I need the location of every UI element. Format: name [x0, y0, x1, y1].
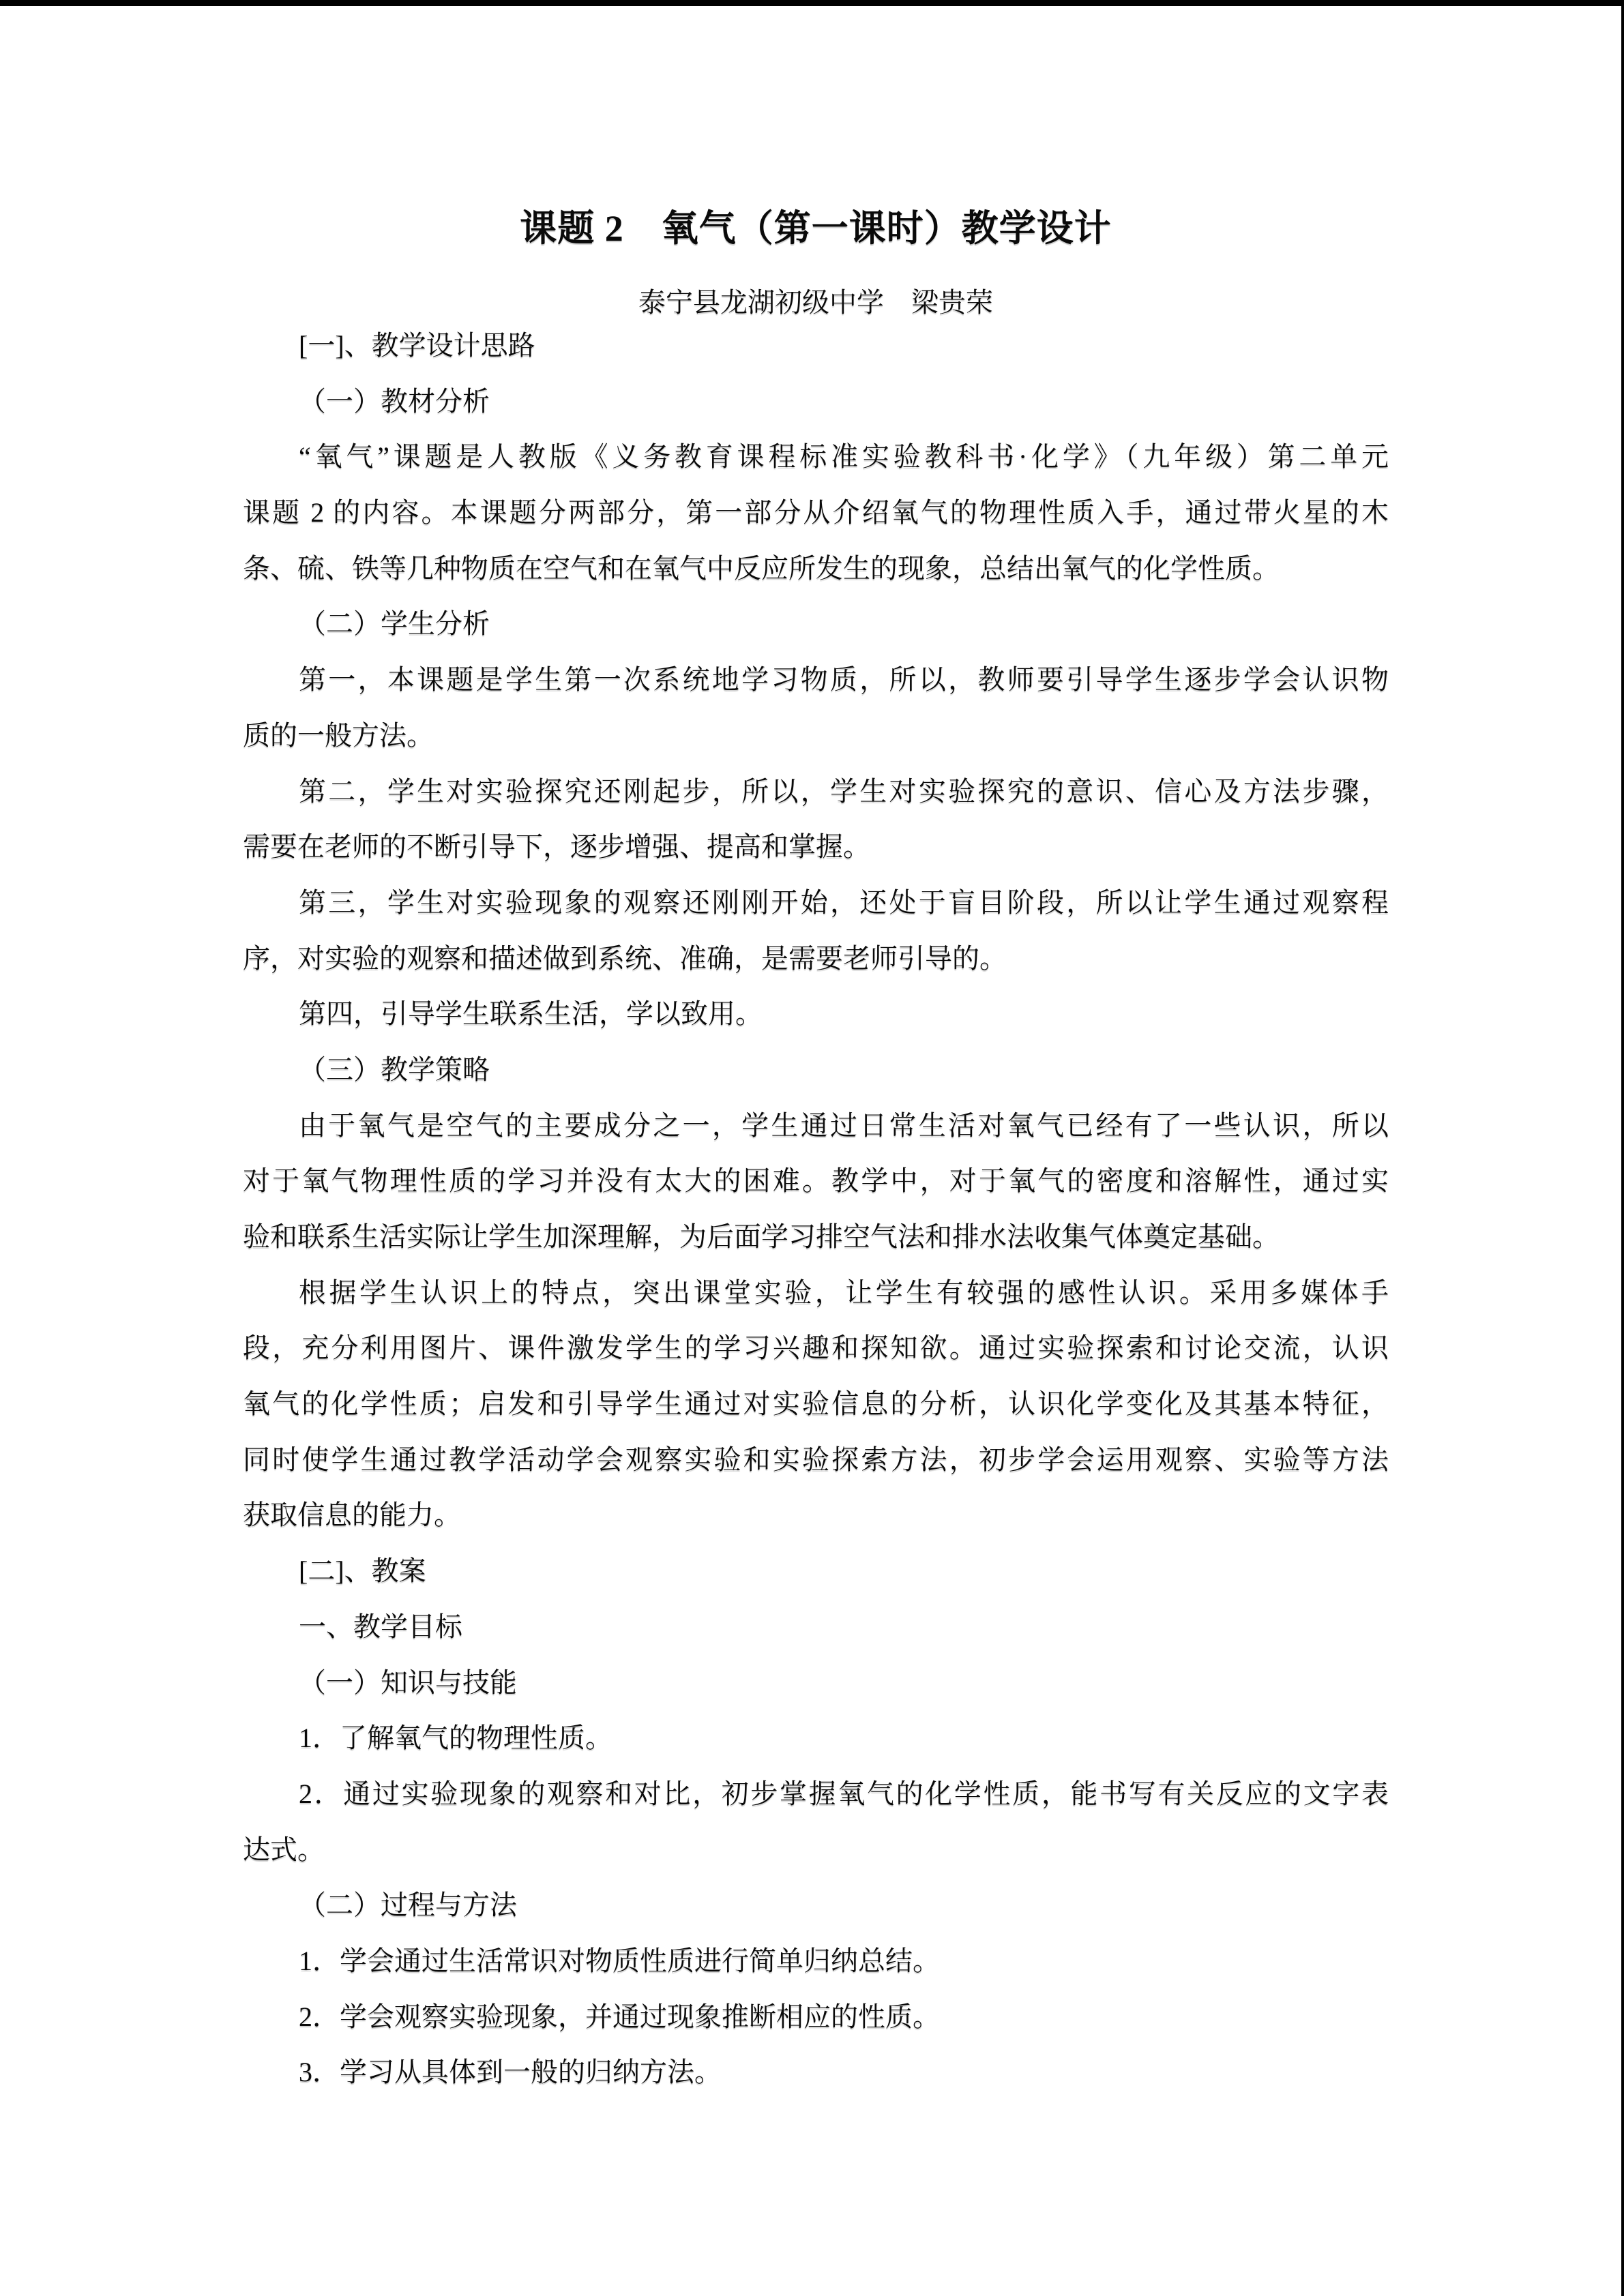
text-line: 第一，本课题是学生第一次系统地学习物质，所以，教师要引导学生逐步学会认识物	[243, 652, 1389, 708]
text-line: 第二，学生对实验探究还刚起步，所以，学生对实验探究的意识、信心及方法步骤，	[243, 764, 1389, 820]
list-item: 1．学会通过生活常识对物质性质进行简单归纳总结。	[243, 1933, 1389, 1989]
text-line: 第四，引导学生联系生活，学以致用。	[243, 986, 1389, 1042]
text-line: 由于氧气是空气的主要成分之一，学生通过日常生活对氧气已经有了一些认识，所以	[243, 1098, 1389, 1154]
section-heading: [一]、教学设计思路	[243, 318, 1389, 374]
text-line: 验和联系生活实际让学生加深理解，为后面学习排空气法和排水法收集气体奠定基础。	[243, 1209, 1389, 1265]
text-line: 质的一般方法。	[243, 708, 1389, 764]
sub-heading: （一）知识与技能	[243, 1655, 1389, 1711]
document-content: 课题 2 氧气（第一课时）教学设计 泰宁县龙湖初级中学 梁贵荣 [一]、教学设计…	[243, 0, 1389, 2296]
text-line: 根据学生认识上的特点，突出课堂实验，让学生有较强的感性认识。采用多媒体手	[243, 1265, 1389, 1321]
text-line: 对于氧气物理性质的学习并没有太大的困难。教学中，对于氧气的密度和溶解性，通过实	[243, 1153, 1389, 1209]
section-heading: [二]、教案	[243, 1543, 1389, 1599]
page-right-border	[1621, 0, 1624, 2296]
text-line: 获取信息的能力。	[243, 1487, 1389, 1543]
list-item: 1．了解氧气的物理性质。	[243, 1710, 1389, 1766]
text-line: 条、硫、铁等几种物质在空气和在氧气中反应所发生的现象，总结出氧气的化学性质。	[243, 541, 1389, 597]
text-line: 同时使学生通过教学活动学会观察实验和实验探索方法，初步学会运用观察、实验等方法	[243, 1432, 1389, 1488]
text-line: 需要在老师的不断引导下，逐步增强、提高和掌握。	[243, 819, 1389, 875]
list-item: 2．通过实验现象的观察和对比，初步掌握氧气的化学性质，能书写有关反应的文字表	[243, 1766, 1389, 1822]
sub-heading: （二）过程与方法	[243, 1877, 1389, 1933]
sub-heading: （二）学生分析	[243, 596, 1389, 652]
text-line: 第三，学生对实验现象的观察还刚刚开始，还处于盲目阶段，所以让学生通过观察程	[243, 875, 1389, 931]
text-line: “氧气”课题是人教版《义务教育课程标准实验教科书·化学》（九年级）第二单元	[243, 429, 1389, 485]
text-line: 段，充分利用图片、课件激发学生的学习兴趣和探知欲。通过实验探索和讨论交流，认识	[243, 1320, 1389, 1376]
text-line: 氧气的化学性质；启发和引导学生通过对实验信息的分析，认识化学变化及其基本特征，	[243, 1376, 1389, 1432]
list-item: 3．学习从具体到一般的归纳方法。	[243, 2044, 1389, 2100]
text-line: 达式。	[243, 1822, 1389, 1878]
body-text: [一]、教学设计思路 （一）教材分析 “氧气”课题是人教版《义务教育课程标准实验…	[243, 318, 1389, 2100]
sub-heading: 一、教学目标	[243, 1599, 1389, 1655]
text-line: 课题 2 的内容。本课题分两部分，第一部分从介绍氧气的物理性质入手，通过带火星的…	[243, 485, 1389, 541]
sub-heading: （三）教学策略	[243, 1042, 1389, 1098]
list-item: 2．学会观察实验现象，并通过现象推断相应的性质。	[243, 1989, 1389, 2045]
document-page: 课题 2 氧气（第一课时）教学设计 泰宁县龙湖初级中学 梁贵荣 [一]、教学设计…	[0, 0, 1624, 2296]
author-line: 泰宁县龙湖初级中学 梁贵荣	[243, 286, 1389, 319]
text-line: 序，对实验的观察和描述做到系统、准确，是需要老师引导的。	[243, 931, 1389, 987]
sub-heading: （一）教材分析	[243, 374, 1389, 430]
document-title: 课题 2 氧气（第一课时）教学设计	[243, 205, 1389, 252]
